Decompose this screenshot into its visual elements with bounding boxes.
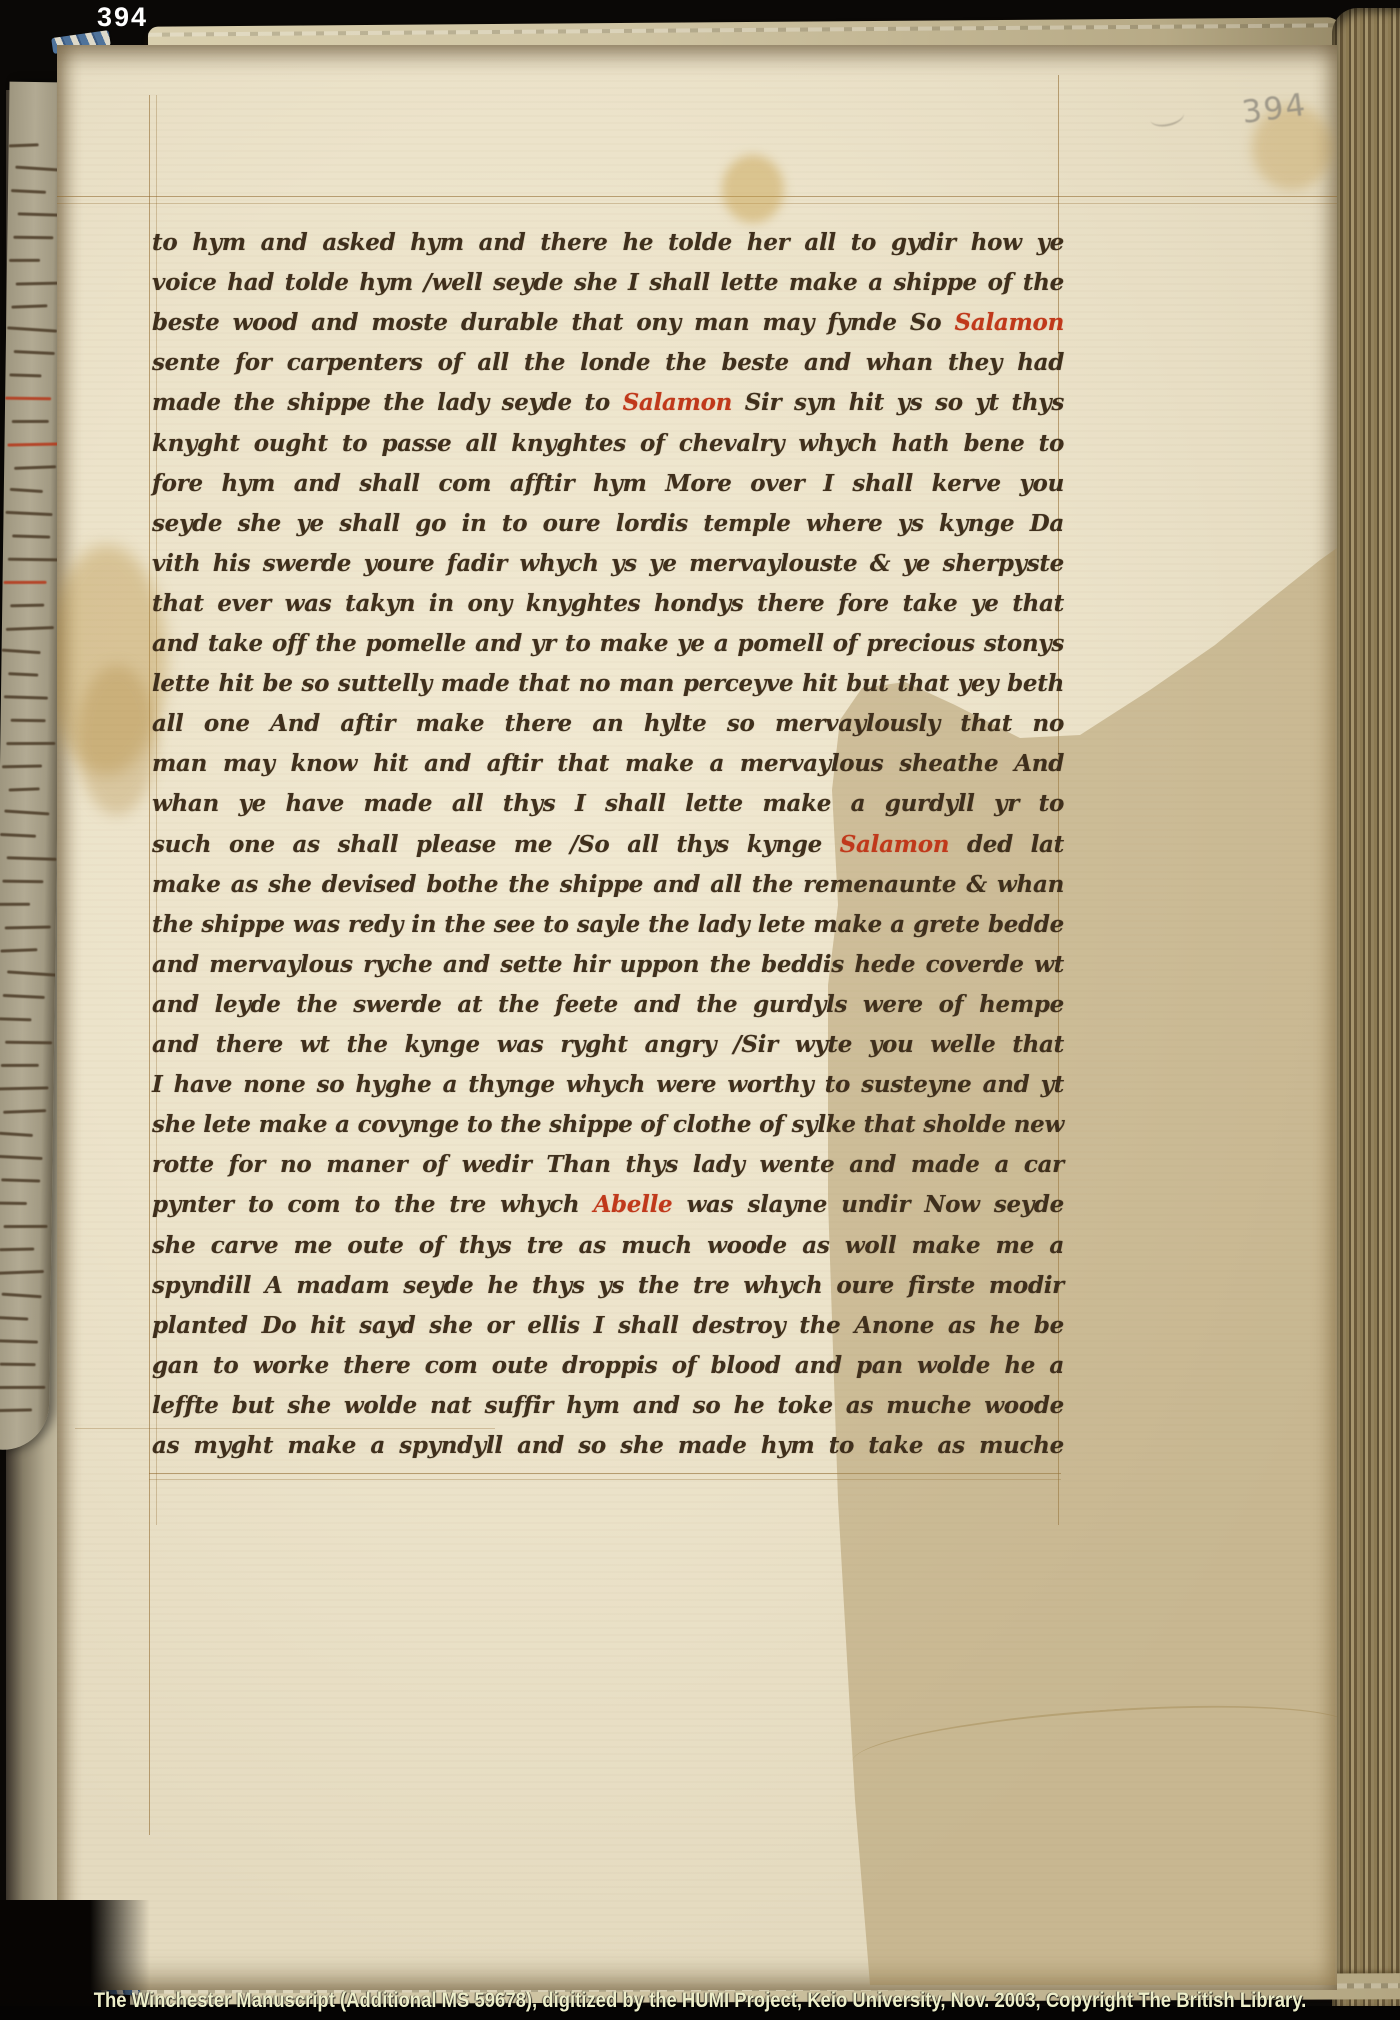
image-caption: The Winchester Manuscript (Additional MS… (94, 1990, 1307, 2011)
ink-text: Sir syn hit ys so yt thys (732, 389, 1064, 416)
edge-text-fragment (0, 1386, 45, 1389)
manuscript-line: and take off the pomelle and yr to make … (152, 624, 1064, 664)
manuscript-line: knyght ought to passe all knyghtes of ch… (152, 424, 1064, 464)
manuscript-line: that ever was takyn in ony knyghtes hond… (152, 584, 1064, 624)
manuscript-line: whan ye have made all thys I shall lette… (152, 784, 1064, 824)
edge-text-fragment (7, 970, 58, 976)
ink-text: voice had tolde hym /well seyde she I sh… (152, 269, 1064, 296)
rubric-word: Salamon (840, 831, 949, 858)
edge-text-fragment (6, 742, 55, 745)
ink-text: made the shippe the lady seyde to (152, 389, 623, 416)
edge-text-fragment (11, 189, 46, 194)
edge-text-fragment (7, 326, 57, 332)
edge-text-fragment (3, 1109, 46, 1114)
edge-text-fragment (0, 1132, 33, 1137)
ink-text: all one And aftir make there an hylte so… (152, 710, 1064, 737)
edge-text-fragment (12, 534, 50, 538)
edge-text-fragment (5, 926, 51, 930)
ink-text: fore hym and shall com afftir hym More o… (152, 470, 1064, 497)
rubric-word: Abelle (593, 1191, 672, 1218)
manuscript-textblock: to hym and asked hym and there he tolde … (152, 223, 1064, 1483)
manuscript-line: vith his swerde youre fadir whych ys ye … (152, 544, 1064, 584)
edge-text-fragment (0, 1086, 49, 1090)
ink-text: beste wood and moste durable that ony ma… (152, 309, 955, 336)
edge-text-fragment (14, 350, 55, 355)
ink-text: to hym and asked hym and there he tolde … (152, 229, 1064, 256)
ink-text: as myght make a spyndyll and so she made… (152, 1432, 1064, 1459)
edge-text-fragment (0, 1017, 32, 1021)
edge-text-fragment (4, 1225, 48, 1228)
edge-text-fragment (15, 166, 59, 172)
edge-text-fragment (5, 1041, 52, 1045)
edge-text-fragment (6, 626, 54, 631)
manuscript-line: fore hym and shall com afftir hym More o… (152, 464, 1064, 504)
manuscript-line: rotte for no maner of wedir Than thys la… (152, 1145, 1064, 1185)
edge-text-fragment (2, 1293, 42, 1299)
edge-text-fragment (0, 903, 30, 906)
edge-text-fragment (0, 1408, 32, 1412)
edge-text-fragment (11, 719, 46, 722)
edge-text-fragment (0, 1316, 28, 1321)
ink-text: seyde she ye shall go in to oure lordis … (152, 510, 1064, 537)
ink-text: and leyde the swerde at the feete and th… (152, 991, 1064, 1018)
manuscript-line: as myght make a spyndyll and so she made… (152, 1426, 1064, 1466)
rubric-word: Salamon (955, 309, 1064, 336)
manuscript-line: and leyde the swerde at the feete and th… (152, 985, 1064, 1025)
manuscript-line: and there wt the kynge was ryght angry /… (152, 1025, 1064, 1065)
manuscript-line: beste wood and moste durable that ony ma… (152, 303, 1064, 343)
edge-text-fragment (12, 420, 49, 423)
edge-text-fragment (7, 856, 57, 861)
ink-text: she lete make a covynge to the shippe of… (152, 1111, 1064, 1138)
manuscript-line: make as she devised bothe the shippe and… (152, 865, 1064, 905)
ruling-horizontal-top (57, 196, 1337, 197)
edge-text-fragment (9, 259, 40, 262)
manuscript-line: planted Do hit sayd she or ellis I shall… (152, 1306, 1064, 1346)
manuscript-line: all one And aftir make there an hylte so… (152, 704, 1064, 744)
edge-rubric-fragment (4, 581, 47, 584)
ink-text: whan ye have made all thys I shall lette… (152, 790, 1064, 817)
ink-text: vith his swerde youre fadir whych ys ye … (152, 550, 1064, 577)
edge-text-fragment (0, 833, 36, 838)
edge-text-fragment (0, 1202, 27, 1205)
ink-text: leffte but she wolde nat suffir hym and … (152, 1392, 1064, 1419)
rubric-word: Salamon (623, 389, 732, 416)
edge-text-fragment (3, 994, 45, 999)
edge-text-fragment (8, 558, 60, 562)
edge-text-fragment (2, 880, 43, 884)
ink-text: ded lat (949, 831, 1064, 858)
edge-text-fragment (5, 511, 52, 516)
edge-text-fragment (9, 373, 41, 377)
edge-text-fragment (0, 1248, 34, 1252)
manuscript-line: to hym and asked hym and there he tolde … (152, 223, 1064, 263)
ink-text: such one as shall please me /So all thys… (152, 831, 840, 858)
manuscript-line: sente for carpenters of all the londe th… (152, 343, 1064, 383)
ink-text: rotte for no maner of wedir Than thys la… (152, 1151, 1064, 1178)
manuscript-photo: to hym and asked hym and there he tolde … (0, 0, 1400, 2020)
ink-text: was slayne undir Now seyde (672, 1191, 1064, 1218)
edge-rubric-fragment (7, 442, 58, 446)
manuscript-line: lette hit be so suttelly made that no ma… (152, 664, 1064, 704)
edge-text-fragment (8, 672, 38, 676)
book-fore-edge (1332, 8, 1400, 2006)
ink-text: that ever was takyn in ony knyghtes hond… (152, 590, 1064, 617)
ink-text: pynter to com to the tre whych (152, 1191, 593, 1218)
ink-text: lette hit be so suttelly made that no ma… (152, 670, 1064, 697)
edge-text-fragment (9, 787, 40, 791)
edge-text-fragment (1, 1178, 40, 1182)
edge-text-fragment (2, 764, 42, 768)
ink-text: sente for carpenters of all the londe th… (152, 349, 1064, 376)
manuscript-line: she carve me oute of thys tre as much wo… (152, 1226, 1064, 1266)
manuscript-line: I have none so hyghe a thynge whych were… (152, 1065, 1064, 1105)
edge-text-fragment (0, 948, 37, 952)
ink-text: and take off the pomelle and yr to make … (152, 630, 1064, 657)
ink-text: make as she devised bothe the shippe and… (152, 871, 1064, 898)
manuscript-page: to hym and asked hym and there he tolde … (57, 45, 1337, 1990)
edge-rubric-fragment (5, 397, 51, 401)
manuscript-line: the shippe was redy in the see to sayle … (152, 905, 1064, 945)
manuscript-line: she lete make a covynge to the shippe of… (152, 1105, 1064, 1145)
manuscript-line: made the shippe the lady seyde to Salamo… (152, 383, 1064, 423)
ink-text: she carve me oute of thys tre as much wo… (152, 1232, 1064, 1259)
edge-text-fragment (9, 143, 39, 147)
edge-text-fragment (1, 1064, 39, 1067)
edge-text-fragment (11, 304, 47, 308)
manuscript-line: man may know hit and aftir that make a m… (152, 744, 1064, 784)
edge-text-fragment (4, 809, 49, 815)
edge-text-fragment (0, 1270, 44, 1275)
ink-text: and mervaylous ryche and sette hir uppon… (152, 951, 1064, 978)
ink-text: the shippe was redy in the see to sayle … (152, 911, 1064, 938)
ink-text: gan to worke there com oute droppis of b… (152, 1352, 1064, 1379)
ruling-vertical-left (149, 95, 150, 1835)
edge-text-fragment (10, 604, 44, 608)
manuscript-line: leffte but she wolde nat suffir hym and … (152, 1386, 1064, 1426)
manuscript-line: such one as shall please me /So all thys… (152, 825, 1064, 865)
edge-text-fragment (16, 282, 61, 286)
edge-text-fragment (0, 1155, 43, 1160)
manuscript-line: and mervaylous ryche and sette hir uppon… (152, 945, 1064, 985)
edge-text-fragment (0, 1363, 36, 1367)
manuscript-line: pynter to com to the tre whych Abelle wa… (152, 1185, 1064, 1225)
ink-text: knyght ought to passe all knyghtes of ch… (152, 430, 1064, 457)
edge-text-fragment (4, 695, 48, 699)
edge-text-fragment (0, 1339, 38, 1343)
ruling-horizontal-top-2 (57, 203, 1337, 204)
ink-text: spyndill A madam seyde he thys ys the tr… (152, 1272, 1064, 1299)
edge-text-fragment (14, 465, 56, 470)
edge-text-fragment (10, 488, 43, 493)
ink-text: man may know hit and aftir that make a m… (152, 750, 1064, 777)
manuscript-line: seyde she ye shall go in to oure lordis … (152, 504, 1064, 544)
ink-text: planted Do hit sayd she or ellis I shall… (152, 1312, 1064, 1339)
manuscript-line: gan to worke there com oute droppis of b… (152, 1346, 1064, 1386)
folio-number-pencil: 394 (1240, 90, 1308, 129)
page-number-label: 394 (97, 4, 148, 31)
manuscript-line: voice had tolde hym /well seyde she I sh… (152, 263, 1064, 303)
edge-text-fragment (13, 236, 53, 240)
edge-text-fragment (2, 649, 41, 655)
ink-text: and there wt the kynge was ryght angry /… (152, 1031, 1064, 1058)
manuscript-line: spyndill A madam seyde he thys ys the tr… (152, 1266, 1064, 1306)
ink-text: I have none so hyghe a thynge whych were… (152, 1071, 1064, 1098)
